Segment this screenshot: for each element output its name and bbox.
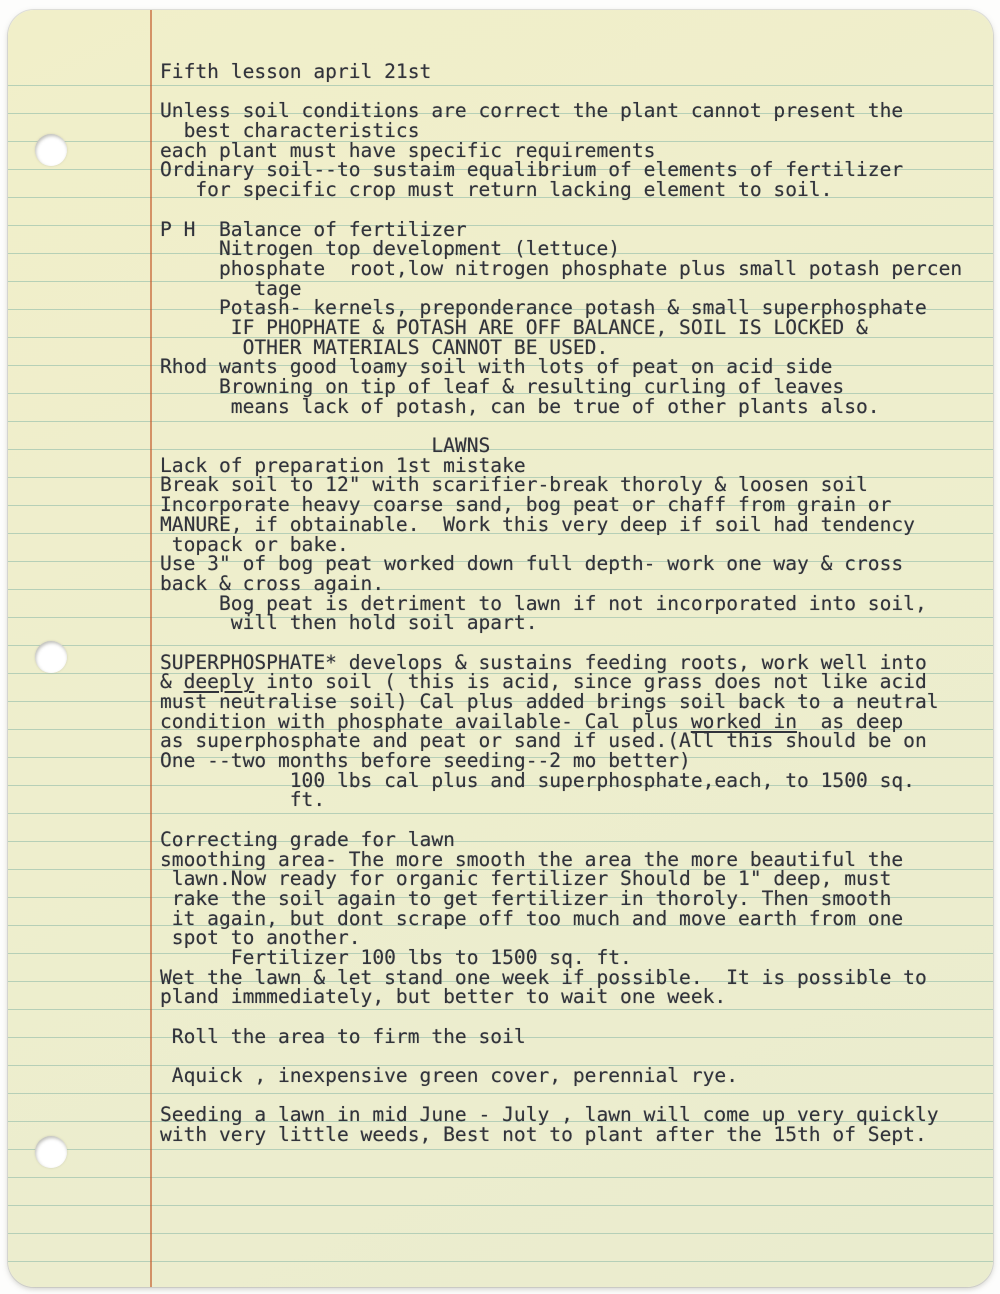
typed-line: One --two months before seeding--2 mo be… [160, 751, 962, 771]
typed-line: Potash- kernels, preponderance potash & … [160, 298, 962, 318]
red-margin-line [150, 10, 152, 1287]
punch-hole-top [35, 134, 67, 166]
punch-hole-bottom [35, 1136, 67, 1168]
punch-hole-middle [35, 641, 67, 673]
typed-line: Nitrogen top development (lettuce) [160, 239, 962, 259]
typed-line: Fertilizer 100 lbs to 1500 sq. ft. [160, 948, 962, 968]
typed-line: means lack of potash, can be true of oth… [160, 397, 962, 417]
typed-line: Browning on tip of leaf & resulting curl… [160, 377, 962, 397]
typed-line [160, 633, 962, 653]
typed-line: Aquick , inexpensive green cover, perenn… [160, 1066, 962, 1086]
typed-line: lawn.Now ready for organic fertilizer Sh… [160, 869, 962, 889]
typed-line: Correcting grade for lawn [160, 830, 962, 850]
typed-line [160, 810, 962, 830]
typed-line: MANURE, if obtainable. Work this very de… [160, 515, 962, 535]
typed-line: will then hold soil apart. [160, 613, 962, 633]
typed-line: ft. [160, 790, 962, 810]
typed-line: pland immmediately, but better to wait o… [160, 987, 962, 1007]
typed-line: IF PHOPHATE & POTASH ARE OFF BALANCE, SO… [160, 318, 962, 338]
typed-line: Roll the area to firm the soil [160, 1027, 962, 1047]
typed-line: Incorporate heavy coarse sand, bog peat … [160, 495, 962, 515]
typed-line [160, 1007, 962, 1027]
typed-line: Fifth lesson april 21st [160, 62, 962, 82]
typed-line: rake the soil again to get fertilizer in… [160, 889, 962, 909]
typed-line: must neutralise soil) Cal plus added bri… [160, 692, 962, 712]
typed-line: back & cross again. [160, 574, 962, 594]
typed-line: LAWNS [160, 436, 962, 456]
typed-line: for specific crop must return lacking el… [160, 180, 962, 200]
typed-line: phosphate root,low nitrogen phosphate pl… [160, 259, 962, 279]
scan-background: Fifth lesson april 21stUnless soil condi… [0, 0, 1000, 1294]
typed-line: best characteristics [160, 121, 962, 141]
typed-line [160, 200, 962, 220]
typed-line: spot to another. [160, 928, 962, 948]
typed-line: with very little weeds, Best not to plan… [160, 1125, 962, 1145]
typed-text-block: Fifth lesson april 21stUnless soil condi… [160, 62, 962, 1145]
typed-line: Use 3" of bog peat worked down full dept… [160, 554, 962, 574]
notebook-paper: Fifth lesson april 21stUnless soil condi… [8, 10, 993, 1287]
